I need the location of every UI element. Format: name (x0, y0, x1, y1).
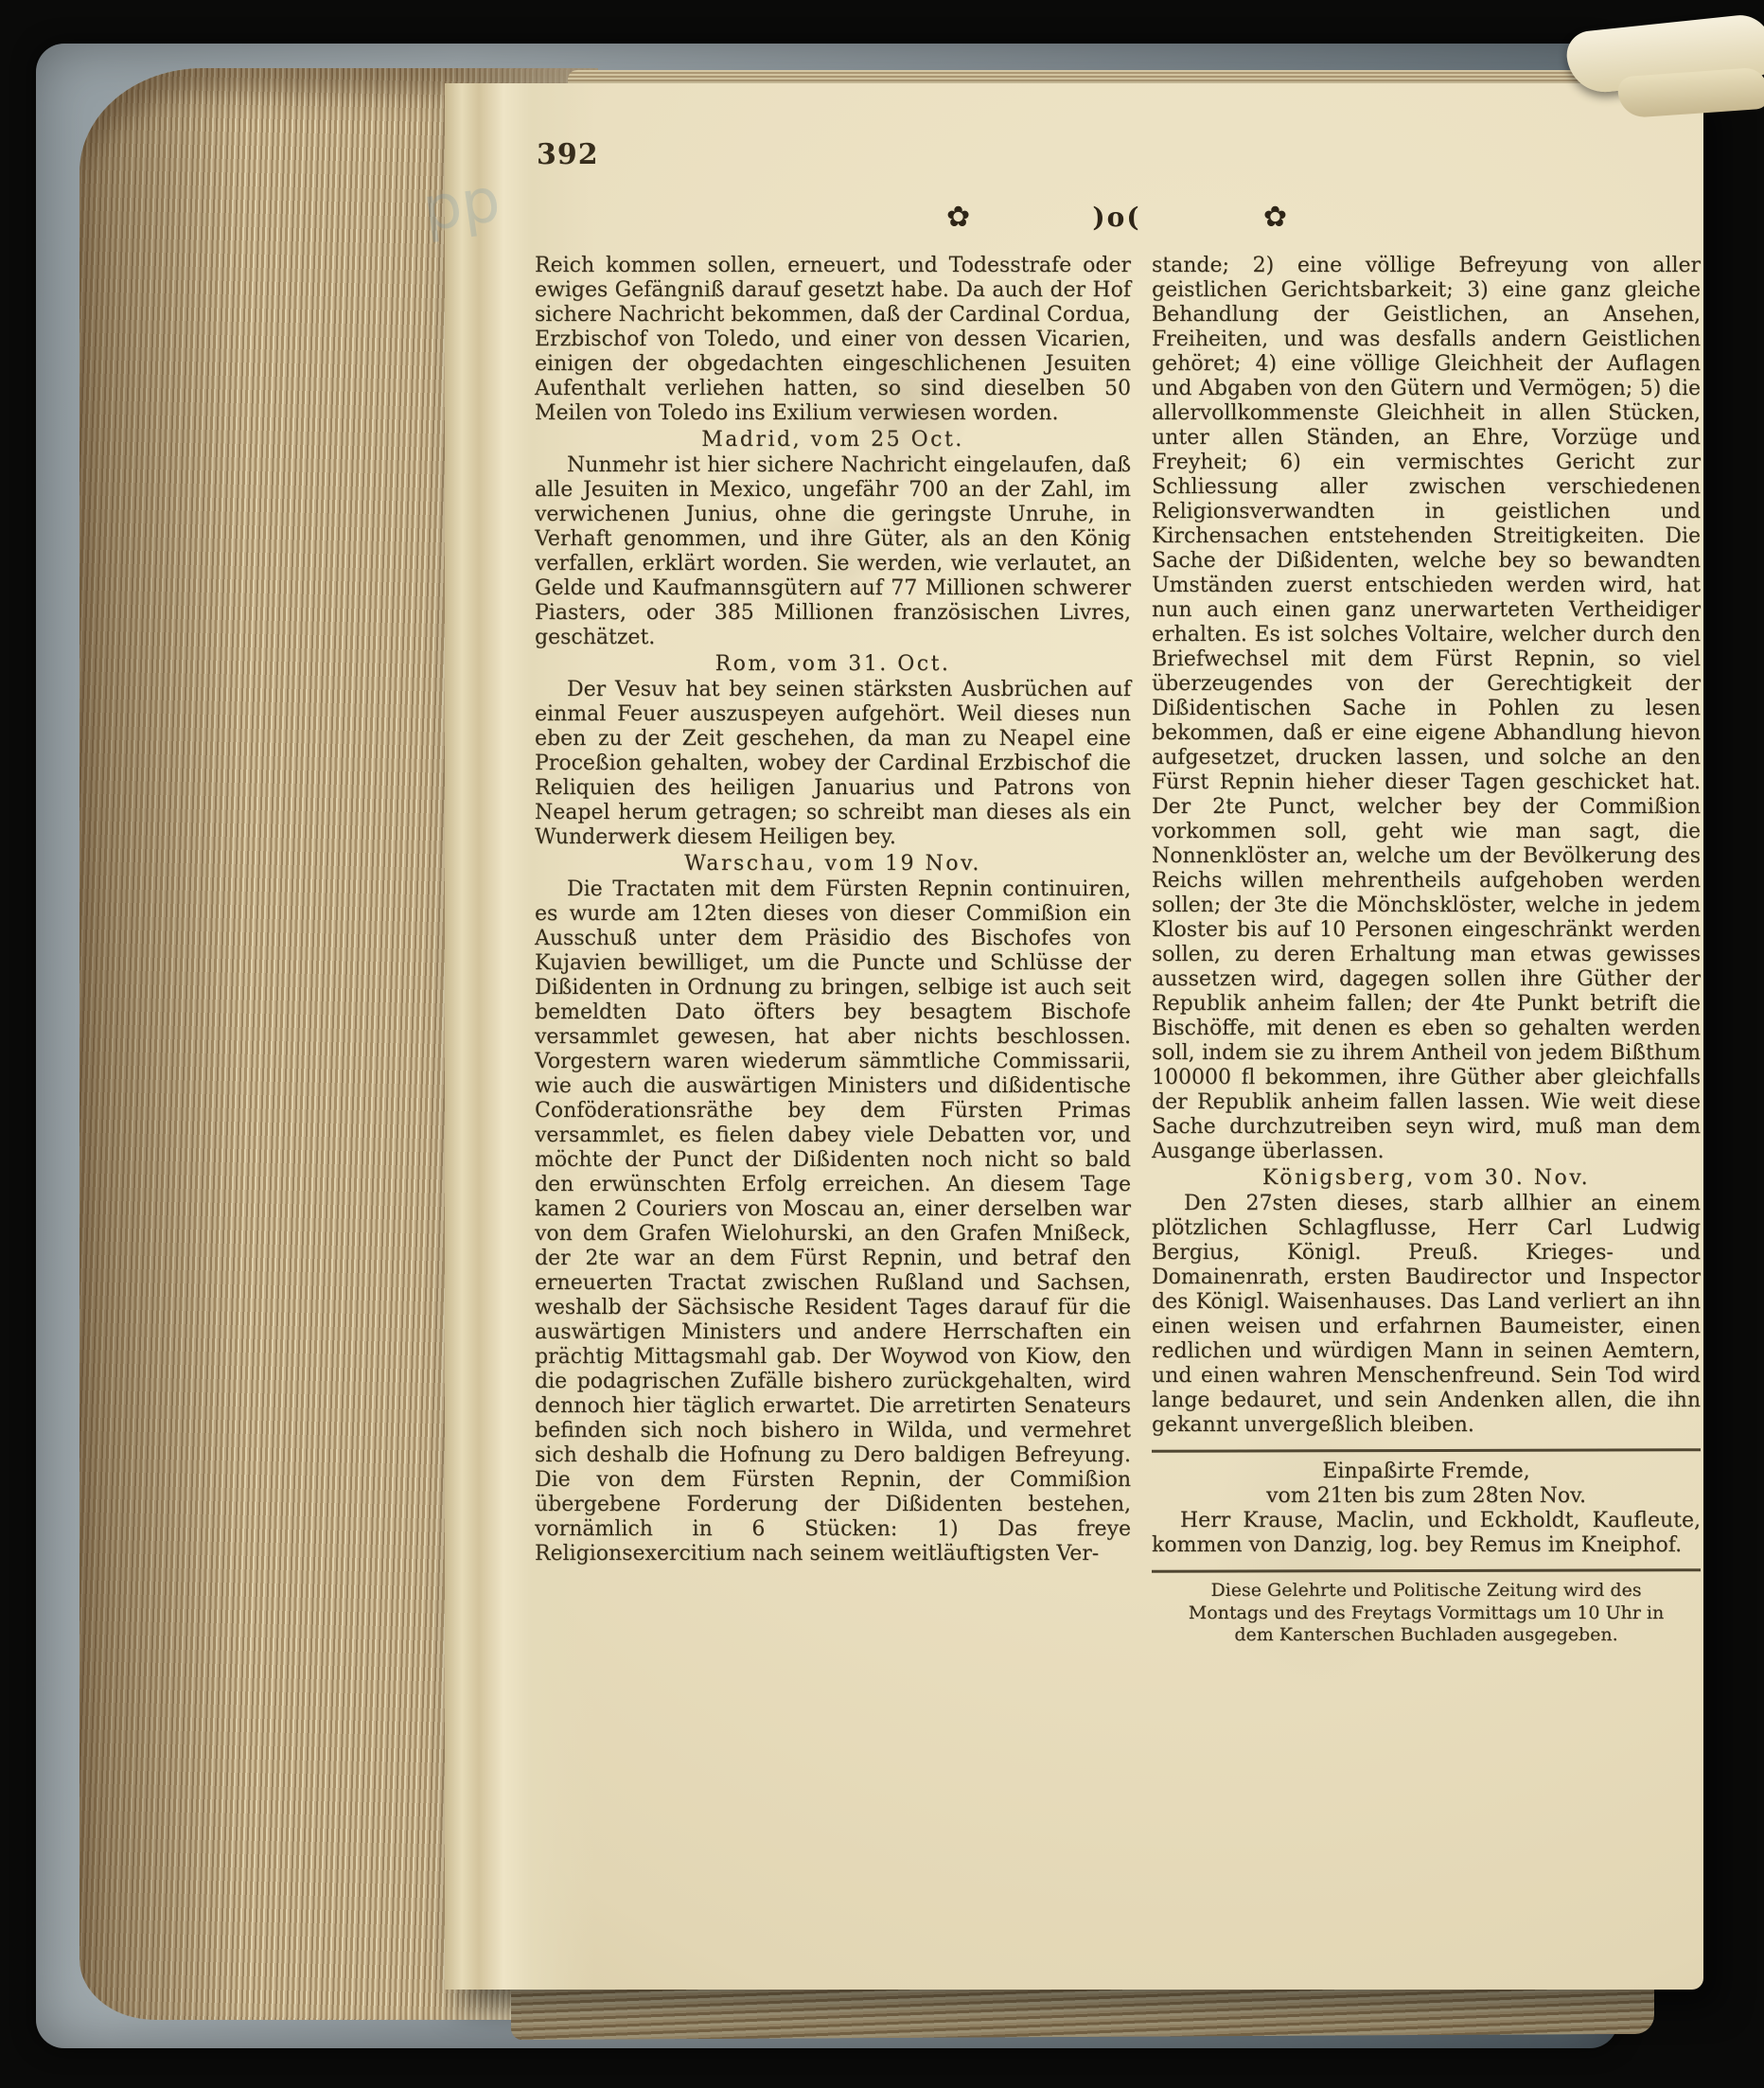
column-right: stande; 2) eine völlige Befreyung von al… (1152, 254, 1701, 1647)
section-heading-koenigsberg: Königsberg, vom 30. Nov. (1152, 1166, 1701, 1191)
column-left: Reich kommen sollen, erneuert, und Todes… (535, 254, 1131, 1647)
arrivals-title: Einpaßirte Fremde, (1152, 1460, 1701, 1484)
publisher-imprint: Diese Gelehrte und Politische Zeitung wi… (1152, 1580, 1701, 1647)
section-heading-rom: Rom, vom 31. Oct. (535, 652, 1131, 677)
arrivals-entry: Herr Krause, Maclin, und Eckholdt, Kaufl… (1152, 1509, 1701, 1558)
section-body-rom: Der Vesuv hat bey seinen stärksten Ausbr… (535, 678, 1131, 850)
paragraph-continuation: stande; 2) eine völlige Befreyung von al… (1152, 254, 1701, 1164)
text-columns: Reich kommen sollen, erneuert, und Todes… (535, 254, 1701, 1647)
section-heading-warschau: Warschau, vom 19 Nov. (535, 852, 1131, 876)
paragraph-continuation: Reich kommen sollen, erneuert, und Todes… (535, 254, 1131, 426)
horizontal-rule (1152, 1448, 1701, 1453)
section-body-koenigsberg: Den 27sten dieses, starb allhier an eine… (1152, 1192, 1701, 1438)
section-heading-madrid: Madrid, vom 25 Oct. (535, 428, 1131, 452)
pencil-mark: pp (418, 166, 504, 246)
header-separator: )o( (1092, 202, 1140, 233)
header-ornament-row: ✿ )o( ✿ (946, 201, 1287, 234)
florette-icon: ✿ (1263, 201, 1287, 234)
book-photograph: 392 pp ✿ )o( ✿ Reich kommen sollen, erne… (0, 0, 1764, 2088)
arrivals-date-range: vom 21ten bis zum 28ten Nov. (1152, 1484, 1701, 1509)
section-body-madrid: Nunmehr ist hier sichere Nachricht einge… (535, 453, 1131, 650)
horizontal-rule (1152, 1568, 1701, 1573)
section-body-warschau: Die Tractaten mit dem Fürsten Repnin con… (535, 877, 1131, 1566)
florette-icon: ✿ (946, 201, 970, 234)
page-number: 392 (537, 138, 599, 171)
